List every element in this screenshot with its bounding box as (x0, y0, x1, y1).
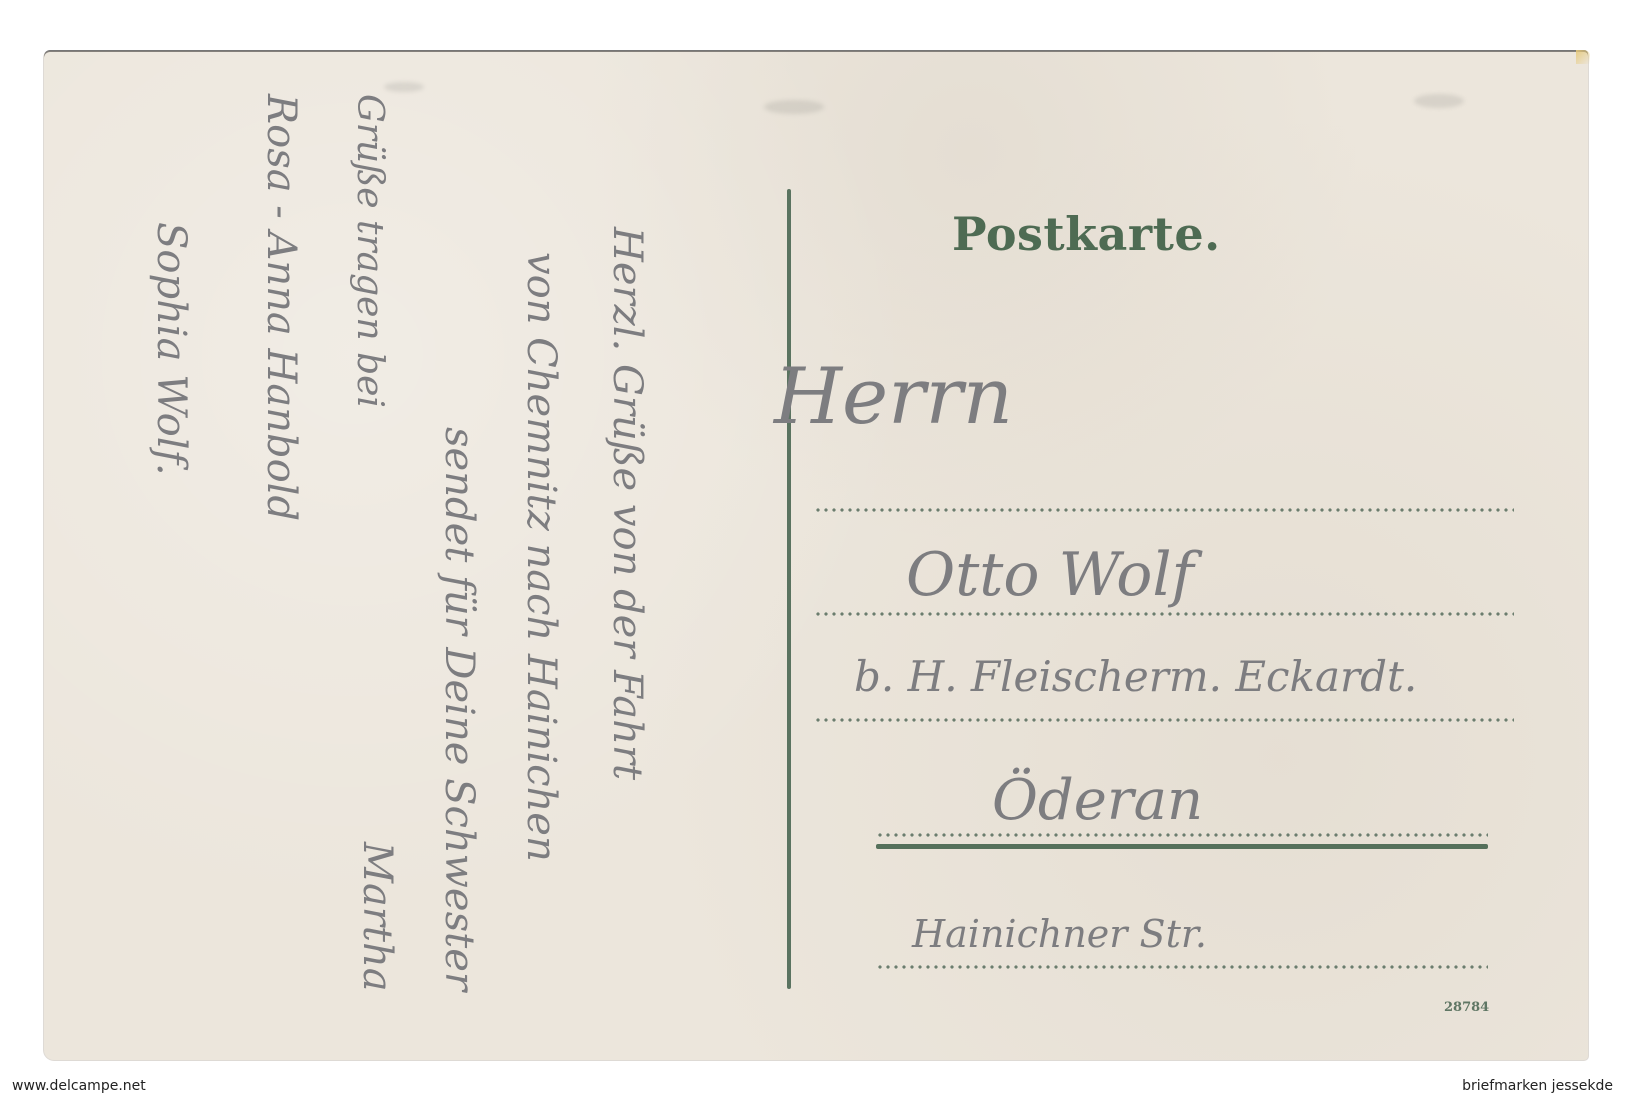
message-line-4: Martha (354, 842, 400, 992)
address-name: Otto Wolf (906, 540, 1194, 610)
message-line-2: von Chemnitz nach Hainichen (518, 252, 564, 862)
smudge (384, 82, 424, 92)
postcard-title: Postkarte. (952, 207, 1221, 261)
smudge (1414, 94, 1464, 108)
address-street: Hainichner Str. (912, 912, 1207, 956)
vertical-divider (787, 189, 791, 989)
message-line-3: sendet für Deine Schwester (436, 427, 482, 991)
address-care-of: b. H. Fleischerm. Eckardt. (854, 652, 1417, 701)
message-line-5: Rosa - Anna Hanbold (258, 94, 304, 521)
smudge (764, 100, 824, 114)
address-line-2 (814, 612, 1514, 616)
watermark-left: www.delcampe.net (12, 1078, 146, 1094)
address-line-3 (814, 718, 1514, 722)
postcard: Postkarte. Herrn Otto Wolf b. H. Fleisch… (44, 52, 1588, 1060)
watermark-right: briefmarken jessekde (1462, 1078, 1613, 1094)
message-line-1: Herzl. Grüße von der Fahrt (604, 227, 650, 780)
message-line-6: Grüße tragen bei (349, 94, 390, 408)
address-city: Öderan (992, 768, 1203, 833)
address-salutation: Herrn (774, 352, 1013, 442)
serial-number: 28784 (1444, 1000, 1489, 1015)
address-line-4 (876, 833, 1488, 837)
address-line-1 (814, 508, 1514, 512)
message-line-7: Sophia Wolf. (148, 222, 194, 476)
address-city-underline (876, 844, 1488, 849)
address-line-5 (876, 965, 1488, 969)
